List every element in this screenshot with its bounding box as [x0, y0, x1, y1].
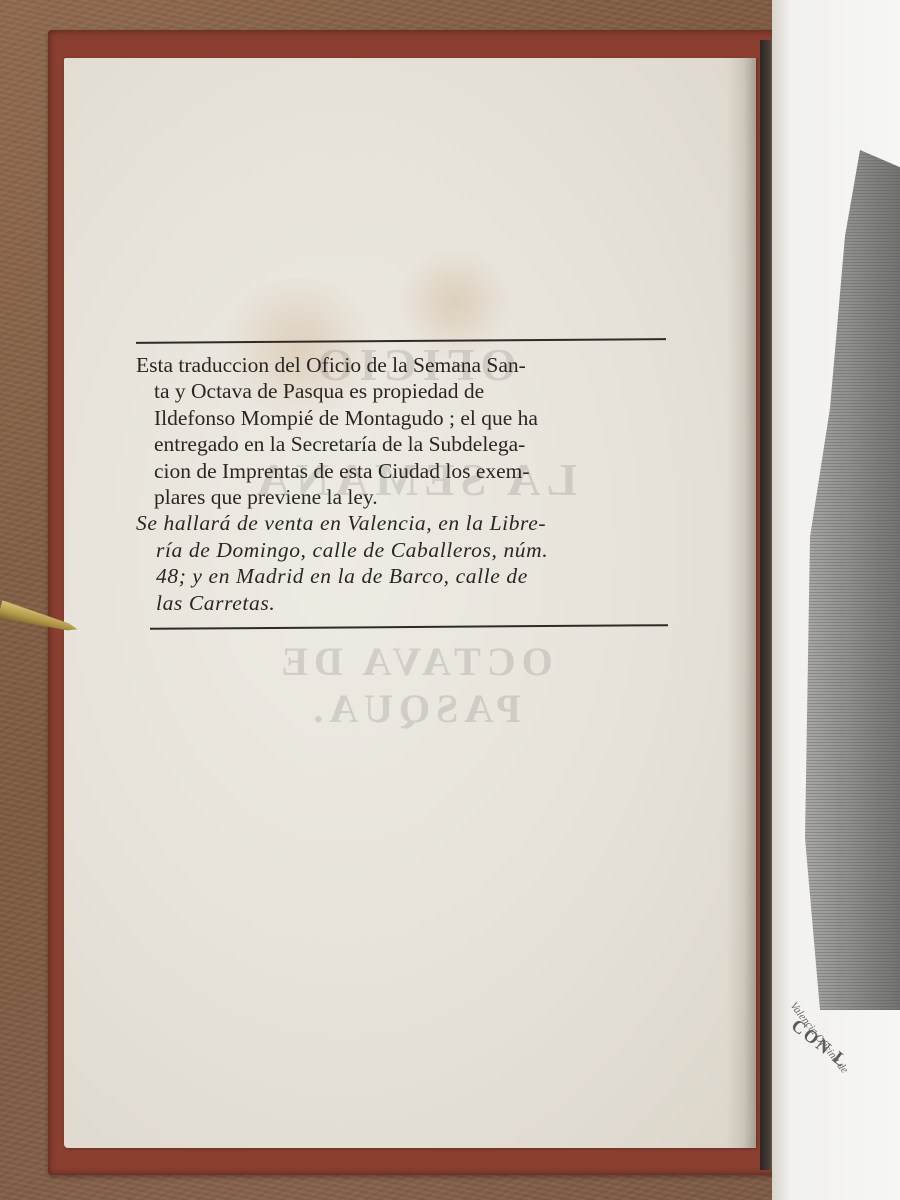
text-line: entregado en la Secretaría de la Subdele… [136, 431, 668, 457]
text-line: plares que previene la ley. [136, 484, 668, 510]
showthrough-text: OCTAVA DE PASQUA. [164, 638, 664, 732]
copyright-notice: Esta traduccion del Oficio de la Semana … [136, 352, 668, 510]
text-line: 48; y en Madrid en la de Barco, calle de [136, 563, 668, 589]
text-line: Esta traduccion del Oficio de la Semana … [136, 352, 668, 378]
text-line: Se hallará de venta en Valencia, en la L… [136, 510, 668, 536]
page-gutter-shadow [726, 58, 756, 1148]
text-line: cion de Imprentas de esta Ciudad los exe… [136, 458, 668, 484]
text-line: las Carretas. [136, 590, 668, 616]
text-line: ría de Domingo, calle de Caballeros, núm… [136, 537, 668, 563]
imprint-block: Esta traduccion del Oficio de la Semana … [136, 340, 668, 628]
sale-notice: Se hallará de venta en Valencia, en la L… [136, 510, 668, 616]
text-line: ta y Octava de Pasqua es propiedad de [136, 378, 668, 404]
text-line: Ildefonso Mompié de Montagudo ; el que h… [136, 405, 668, 431]
